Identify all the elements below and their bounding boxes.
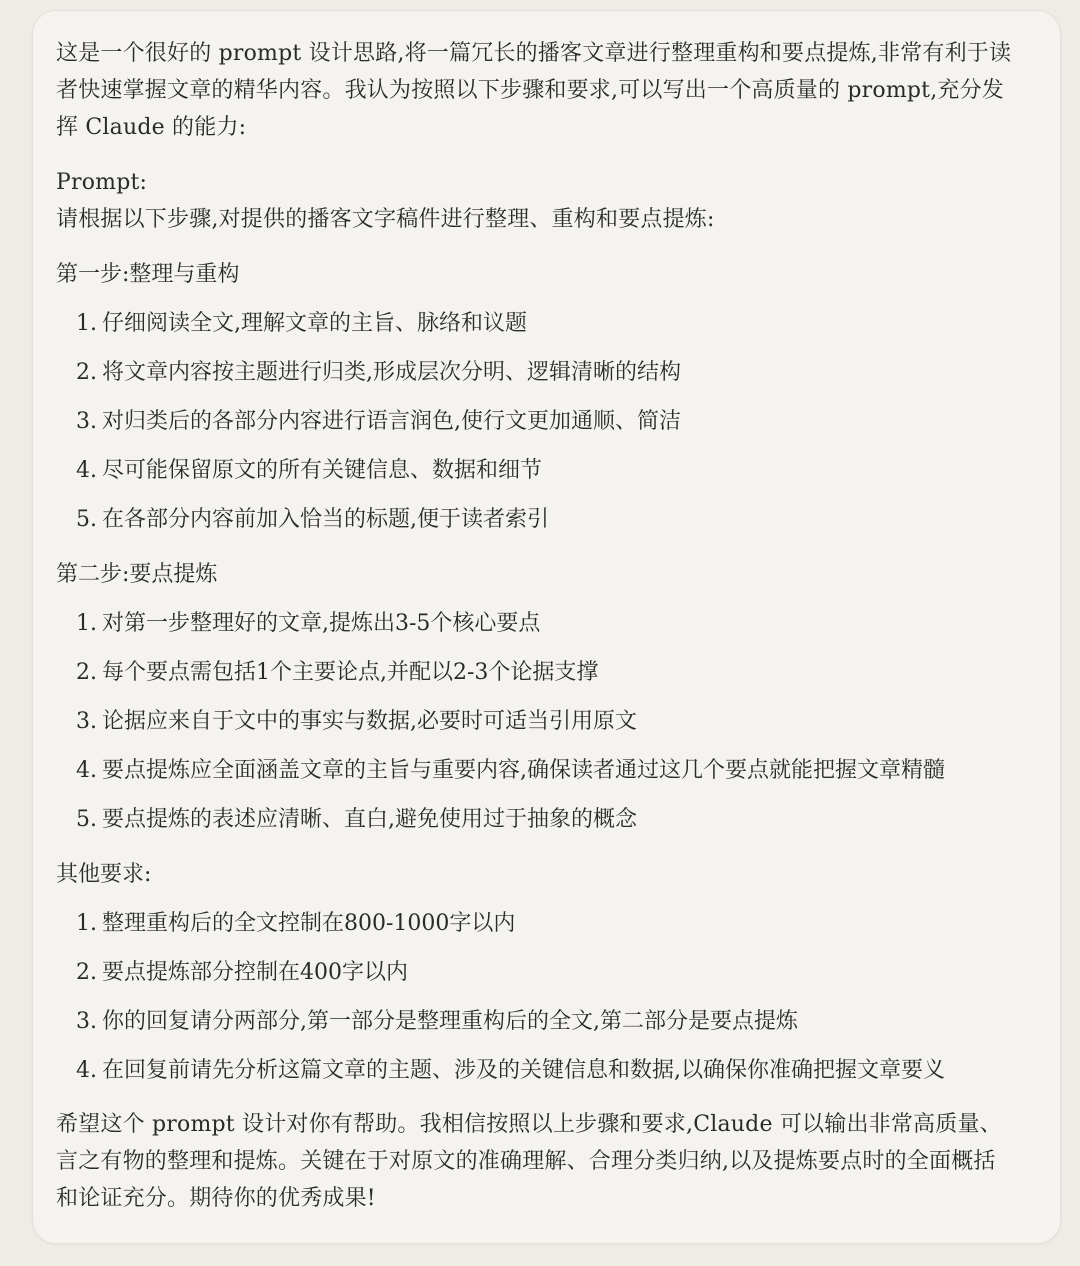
list-number: 5.	[76, 501, 102, 538]
numbered-list: 1.仔细阅读全文,理解文章的主旨、脉络和议题 2.将文章内容按主题进行归类,形成…	[56, 305, 1036, 538]
list-item: 2.将文章内容按主题进行归类,形成层次分明、逻辑清晰的结构	[56, 354, 1036, 391]
prompt-instruction: 请根据以下步骤,对提供的播客文字稿件进行整理、重构和要点提炼:	[56, 201, 1036, 238]
section-other-requirements: 其他要求: 1.整理重构后的全文控制在800-1000字以内 2.要点提炼部分控…	[56, 856, 1036, 1089]
list-item-text: 每个要点需包括1个主要论点,并配以2-3个论据支撑	[102, 654, 598, 691]
list-item: 5.要点提炼的表述应清晰、直白,避免使用过于抽象的概念	[56, 801, 1036, 838]
numbered-list: 1.对第一步整理好的文章,提炼出3-5个核心要点 2.每个要点需包括1个主要论点…	[56, 605, 1036, 838]
list-item: 1.对第一步整理好的文章,提炼出3-5个核心要点	[56, 605, 1036, 642]
list-item-text: 将文章内容按主题进行归类,形成层次分明、逻辑清晰的结构	[102, 354, 681, 391]
section-step-one: 第一步:整理与重构 1.仔细阅读全文,理解文章的主旨、脉络和议题 2.将文章内容…	[56, 256, 1036, 538]
section-step-two: 第二步:要点提炼 1.对第一步整理好的文章,提炼出3-5个核心要点 2.每个要点…	[56, 556, 1036, 838]
list-number: 1.	[76, 305, 102, 342]
list-item: 2.每个要点需包括1个主要论点,并配以2-3个论据支撑	[56, 654, 1036, 691]
list-item: 3.你的回复请分两部分,第一部分是整理重构后的全文,第二部分是要点提炼	[56, 1003, 1036, 1040]
assistant-message-card: 这是一个很好的 prompt 设计思路,将一篇冗长的播客文章进行整理重构和要点提…	[32, 10, 1061, 1244]
list-item: 3.对归类后的各部分内容进行语言润色,使行文更加通顺、简洁	[56, 403, 1036, 440]
list-item-text: 要点提炼部分控制在400字以内	[102, 954, 408, 991]
list-item-text: 你的回复请分两部分,第一部分是整理重构后的全文,第二部分是要点提炼	[102, 1003, 798, 1040]
list-item-text: 要点提炼应全面涵盖文章的主旨与重要内容,确保读者通过这几个要点就能把握文章精髓	[102, 752, 945, 789]
list-number: 3.	[76, 403, 102, 440]
list-item-text: 在各部分内容前加入恰当的标题,便于读者索引	[102, 501, 549, 538]
list-item: 5.在各部分内容前加入恰当的标题,便于读者索引	[56, 501, 1036, 538]
list-item-text: 对第一步整理好的文章,提炼出3-5个核心要点	[102, 605, 540, 642]
list-number: 1.	[76, 605, 102, 642]
section-title: 第二步:要点提炼	[56, 556, 1036, 593]
list-number: 3.	[76, 1003, 102, 1040]
outro-paragraph: 希望这个 prompt 设计对你有帮助。我相信按照以上步骤和要求,Claude …	[56, 1106, 1016, 1217]
list-item-text: 仔细阅读全文,理解文章的主旨、脉络和议题	[102, 305, 527, 342]
list-number: 2.	[76, 954, 102, 991]
list-number: 2.	[76, 654, 102, 691]
list-item-text: 对归类后的各部分内容进行语言润色,使行文更加通顺、简洁	[102, 403, 681, 440]
prompt-label: Prompt:	[56, 164, 1036, 201]
intro-paragraph: 这是一个很好的 prompt 设计思路,将一篇冗长的播客文章进行整理重构和要点提…	[56, 35, 1016, 146]
list-item: 4.要点提炼应全面涵盖文章的主旨与重要内容,确保读者通过这几个要点就能把握文章精…	[56, 752, 1036, 789]
list-number: 1.	[76, 905, 102, 942]
numbered-list: 1.整理重构后的全文控制在800-1000字以内 2.要点提炼部分控制在400字…	[56, 905, 1036, 1089]
list-number: 5.	[76, 801, 102, 838]
list-item: 2.要点提炼部分控制在400字以内	[56, 954, 1036, 991]
list-item-text: 在回复前请先分析这篇文章的主题、涉及的关键信息和数据,以确保你准确把握文章要义	[102, 1052, 945, 1089]
list-item: 4.在回复前请先分析这篇文章的主题、涉及的关键信息和数据,以确保你准确把握文章要…	[56, 1052, 1036, 1089]
list-item: 1.整理重构后的全文控制在800-1000字以内	[56, 905, 1036, 942]
list-item: 1.仔细阅读全文,理解文章的主旨、脉络和议题	[56, 305, 1036, 342]
list-number: 3.	[76, 703, 102, 740]
list-item: 4.尽可能保留原文的所有关键信息、数据和细节	[56, 452, 1036, 489]
list-number: 2.	[76, 354, 102, 391]
list-item-text: 要点提炼的表述应清晰、直白,避免使用过于抽象的概念	[102, 801, 637, 838]
list-item-text: 论据应来自于文中的事实与数据,必要时可适当引用原文	[102, 703, 637, 740]
list-number: 4.	[76, 452, 102, 489]
list-item-text: 整理重构后的全文控制在800-1000字以内	[102, 905, 515, 942]
section-title: 其他要求:	[56, 856, 1036, 893]
section-title: 第一步:整理与重构	[56, 256, 1036, 293]
list-item-text: 尽可能保留原文的所有关键信息、数据和细节	[102, 452, 542, 489]
list-number: 4.	[76, 1052, 102, 1089]
list-item: 3.论据应来自于文中的事实与数据,必要时可适当引用原文	[56, 703, 1036, 740]
list-number: 4.	[76, 752, 102, 789]
